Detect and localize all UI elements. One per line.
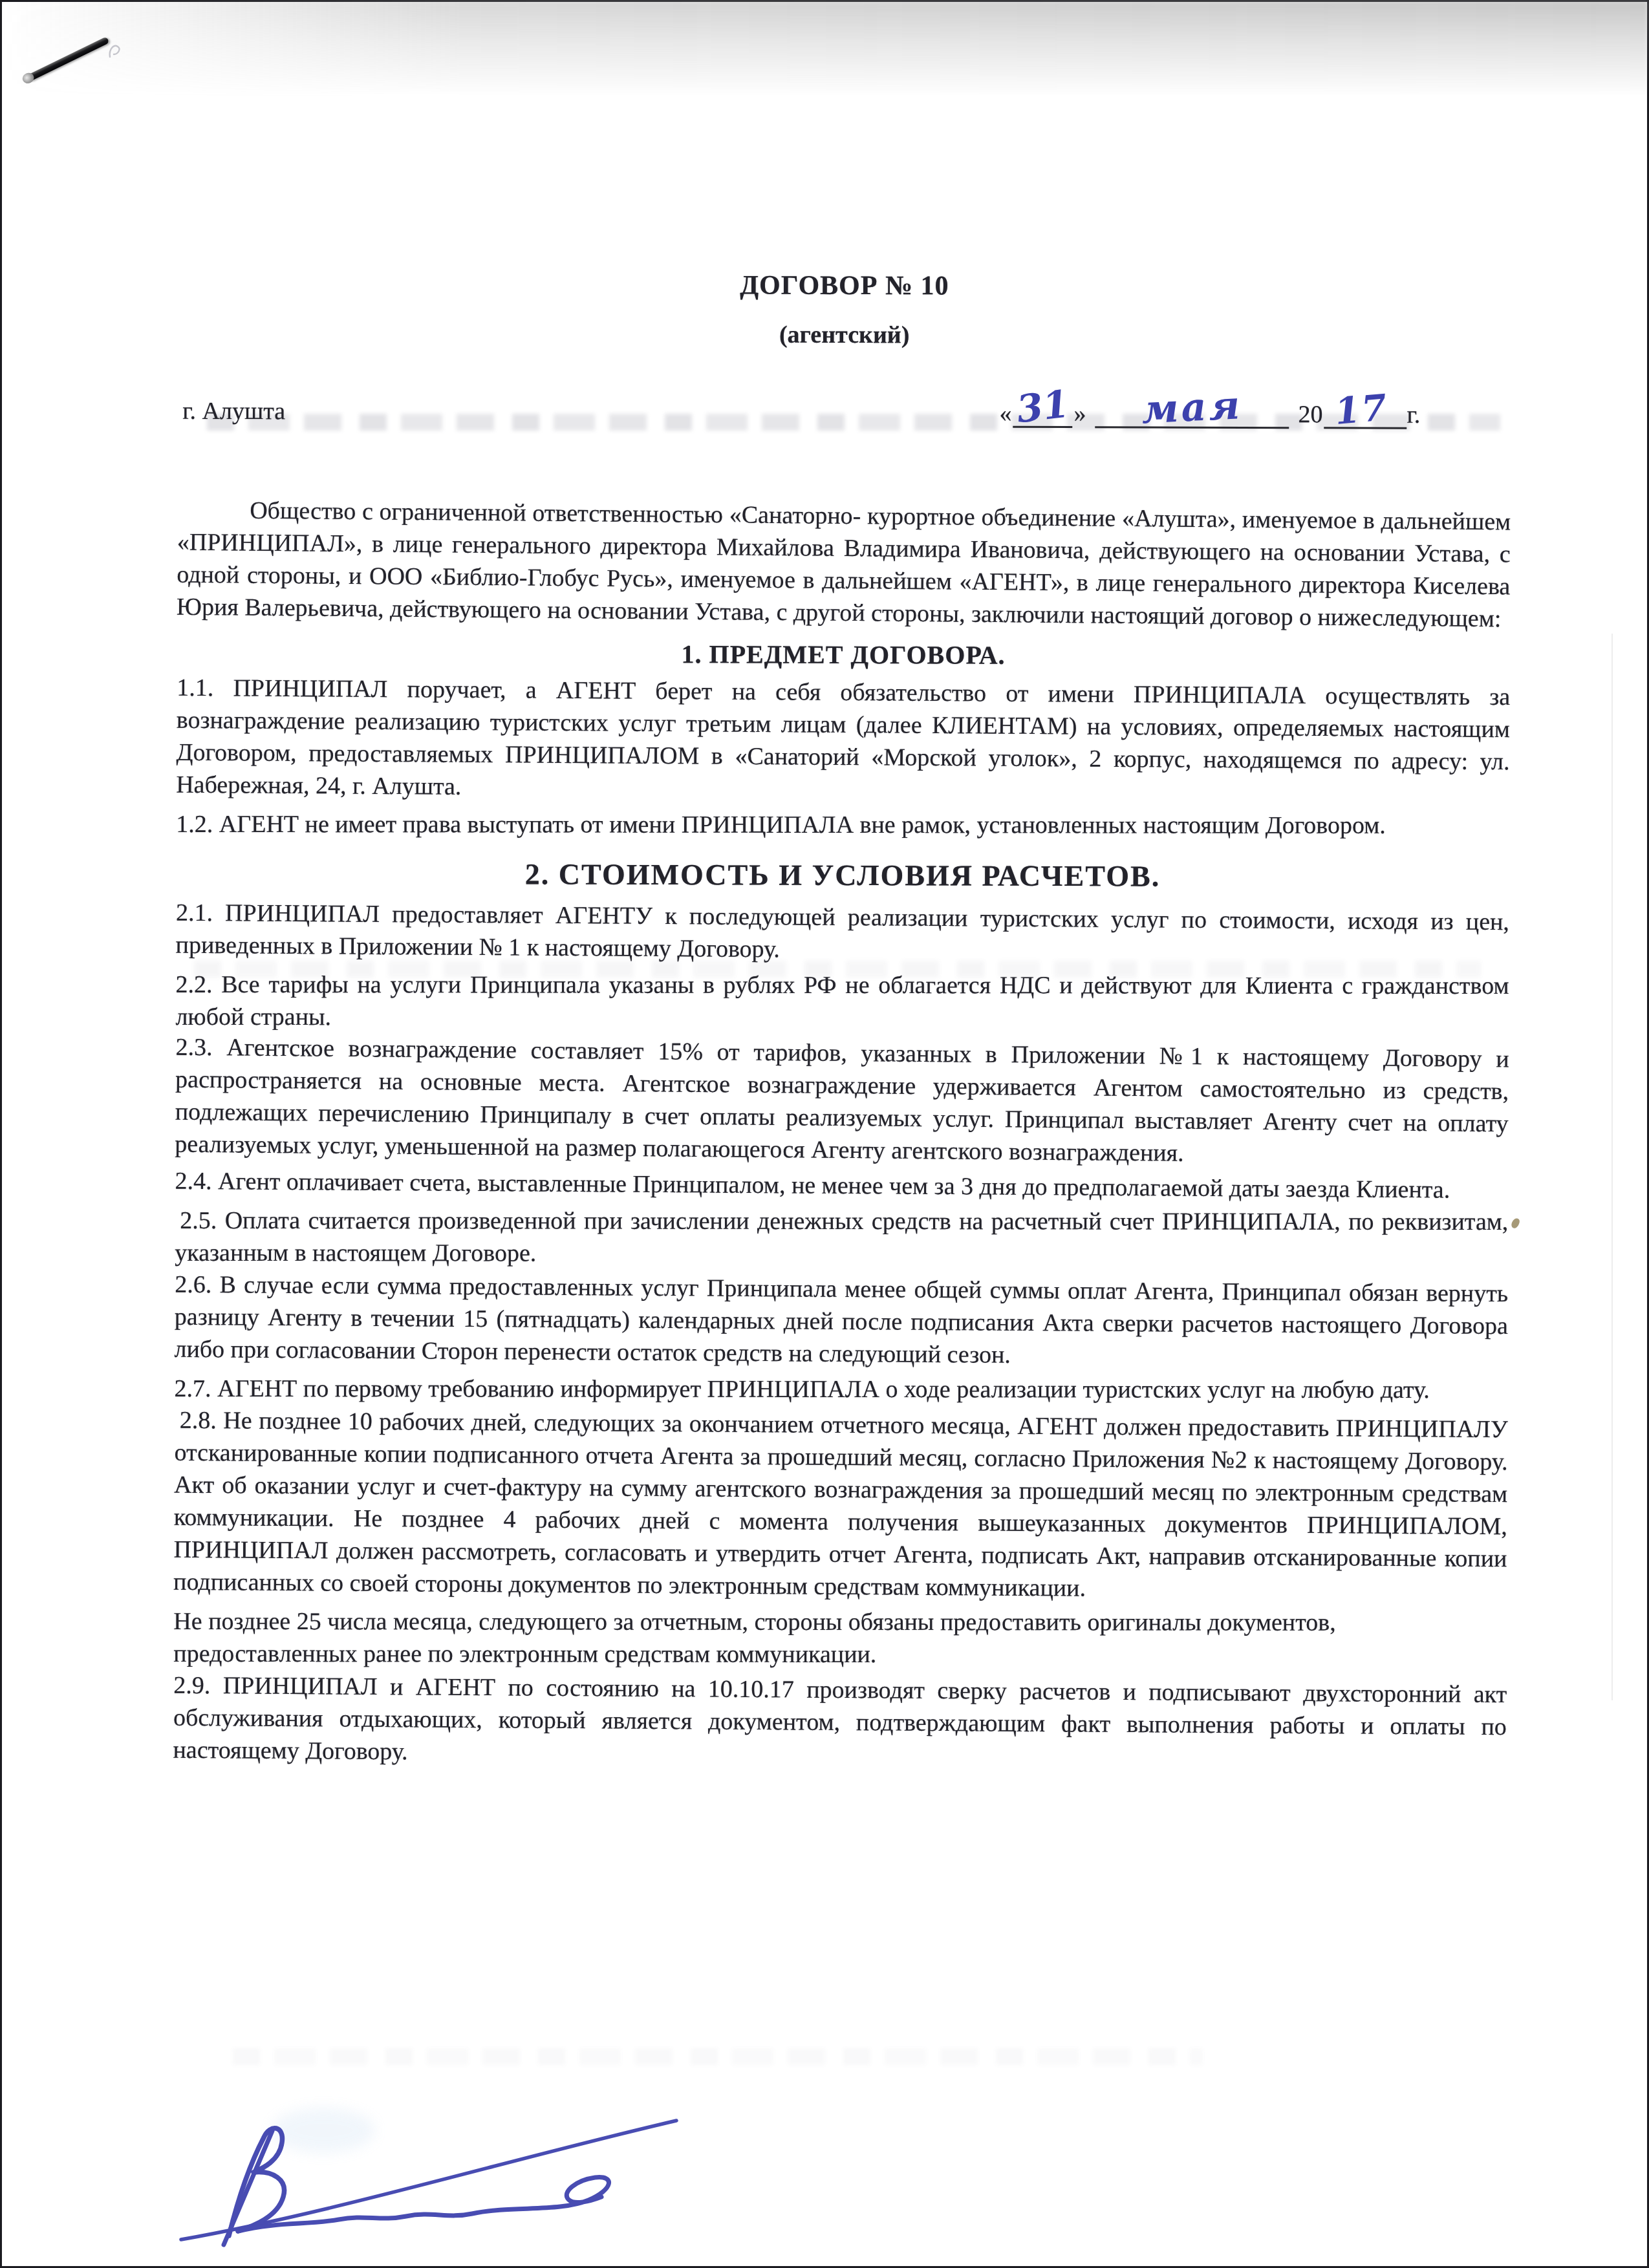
document-subtitle: (агентский) <box>178 319 1511 351</box>
document-body: ДОГОВОР № 10 (агентский) г. Алушта «31»м… <box>173 0 1513 1776</box>
year-printed: 20 <box>1298 400 1322 429</box>
handwritten-day: 31 <box>1014 381 1071 431</box>
open-quote: « <box>999 400 1011 428</box>
city-date-row: г. Алушта «31»мая2017г. <box>182 378 1511 429</box>
clause-2-2: 2.2. Все тарифы на услуги Принципала ука… <box>175 968 1509 1034</box>
date-line: «31»мая2017г. <box>999 381 1420 429</box>
paper-speck <box>1511 1217 1521 1230</box>
clause-2-8: 2.8. Не позднее 10 рабочих дней, следующ… <box>173 1404 1508 1607</box>
month-underline: мая <box>1095 381 1289 429</box>
signature <box>167 2102 697 2258</box>
clause-1-2: 1.2. АГЕНТ не имеет права выступать от и… <box>176 808 1509 842</box>
clause-2-9: 2.9. ПРИНЦИПАЛ и АГЕНТ по состоянию на 1… <box>173 1669 1507 1775</box>
clause-1-1: 1.1. ПРИНЦИПАЛ поручает, а АГЕНТ берет н… <box>176 672 1510 810</box>
paper-edge-shadow <box>1611 634 1613 1700</box>
clause-2-3: 2.3. Агентское вознаграждение составляет… <box>175 1031 1509 1173</box>
handwritten-month: мая <box>1141 383 1244 433</box>
section-1-heading: 1. ПРЕДМЕТ ДОГОВОРА. <box>177 637 1510 672</box>
day-underline: 31 <box>1013 382 1072 428</box>
clause-2-8-continuation: Не позднее 25 числа месяца, следующего з… <box>173 1605 1507 1671</box>
clause-2-6: 2.6. В случае если сумма предоставленных… <box>174 1268 1508 1375</box>
clause-2-1: 2.1. ПРИНЦИПАЛ предоставляет АГЕНТУ к по… <box>175 897 1509 970</box>
bleed-through-line <box>233 2048 1203 2065</box>
clause-2-4: 2.4. Агент оплачивает счета, выставленны… <box>175 1165 1508 1206</box>
clause-2-7: 2.7. АГЕНТ по первому требованию информи… <box>175 1373 1508 1406</box>
intro-paragraph: Общество с ограниченной ответственностью… <box>177 494 1511 636</box>
close-quote: » <box>1073 400 1086 428</box>
document-title: ДОГОВОР № 10 <box>178 268 1511 303</box>
era-suffix: г. <box>1406 401 1420 429</box>
section-2-heading: 2. СТОИМОСТЬ И УСЛОВИЯ РАСЧЕТОВ. <box>176 856 1509 894</box>
handwritten-year: 17 <box>1333 386 1390 433</box>
city-label: г. Алушта <box>182 397 285 425</box>
scanned-contract-page: ДОГОВОР № 10 (агентский) г. Алушта «31»м… <box>0 0 1649 2268</box>
clause-2-5: 2.5. Оплата считается произведенной при … <box>175 1204 1508 1270</box>
year-underline: 17 <box>1324 384 1406 429</box>
pencil-mark <box>107 43 123 62</box>
